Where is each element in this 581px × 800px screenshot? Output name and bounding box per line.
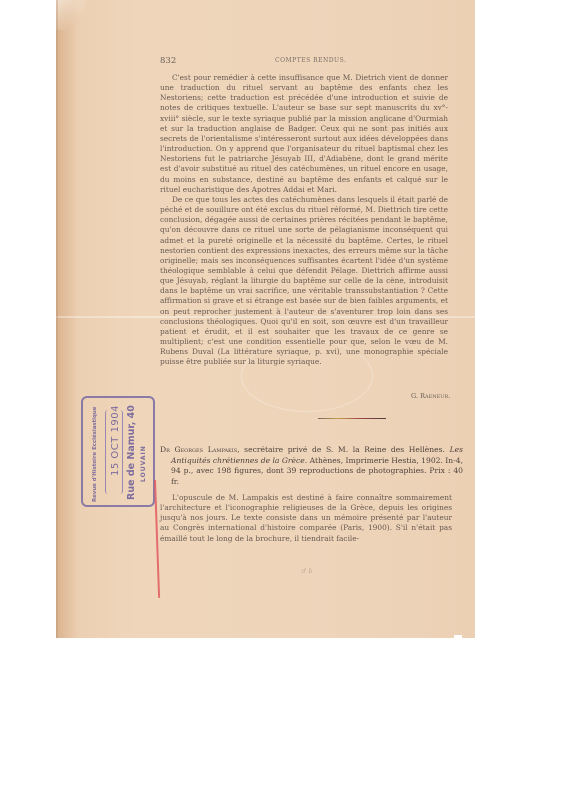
section-separator — [318, 418, 386, 419]
review-1-paragraph-1: C'est pour remédier à cette insuffisance… — [160, 73, 448, 195]
stamp-date: 15 OCT 1904 — [110, 405, 121, 476]
review-2-author: Dr Georges Lampakis — [160, 445, 237, 454]
stamp-address: Rue de Namur, 40 — [126, 405, 137, 500]
stamp-city: LOUVAIN — [140, 445, 147, 482]
review-2-paragraph: L'opuscule de M. Lampakis est destiné à … — [160, 493, 452, 544]
marginal-mark: ♂ ɓ — [301, 568, 312, 575]
page-header: 832 COMPTES RENDUS. — [160, 56, 460, 68]
page-left-edge — [56, 0, 58, 638]
review-2-bibliographic-entry: Dr Georges Lampakis, secrétaire privé de… — [160, 445, 463, 487]
review-1-paragraph-2: De ce que tous les actes des catéchumène… — [160, 195, 448, 368]
review-1-signature: G. Raeneur. — [411, 392, 450, 400]
running-head: COMPTES RENDUS. — [275, 57, 346, 64]
worn-corner — [56, 0, 86, 30]
page-notch — [454, 635, 462, 638]
review-2-body: L'opuscule de M. Lampakis est destiné à … — [160, 493, 452, 544]
scanned-page: 832 COMPTES RENDUS. C'est pour remédier … — [56, 0, 475, 638]
review-2-author-title: , secrétaire privé de S. M. la Reine des… — [237, 445, 445, 454]
review-1-body: C'est pour remédier à cette insuffisance… — [160, 73, 448, 368]
stamp-publisher: Revue d'Histoire Ecclésiastique — [92, 407, 98, 502]
library-stamp: Revue d'Histoire Ecclésiastique 15 OCT 1… — [81, 396, 155, 507]
page-number: 832 — [160, 56, 176, 66]
